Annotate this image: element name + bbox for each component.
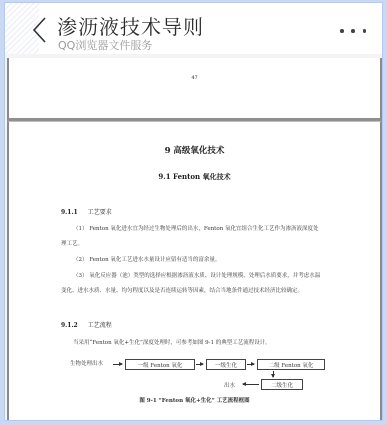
chevron-left-icon — [29, 16, 51, 44]
document-page-previous: 47 — [7, 58, 382, 121]
document-title: 渗沥液技术导则 — [57, 11, 204, 40]
figure-caption: 图 9-1 “Fenton 氧化+生化” 工艺流程框图 — [9, 396, 380, 404]
flow-box: 一级生化 — [206, 359, 246, 370]
flow-box: 二级 Fenton 氧化 — [257, 359, 325, 370]
more-options-button[interactable] — [340, 27, 366, 35]
top-bar: 渗沥液技术导则 QQ浏览器文件服务 — [5, 3, 382, 54]
app-window: 渗沥液技术导则 QQ浏览器文件服务 47 9 高级氧化技术 9.1 Fenton… — [4, 2, 383, 421]
document-viewer[interactable]: 47 9 高级氧化技术 9.1 Fenton 氧化技术 9.1.1工艺要求 （1… — [5, 54, 382, 421]
flow-box: 一级 Fenton 氧化 — [125, 359, 195, 370]
document-page-current: 9 高级氧化技术 9.1 Fenton 氧化技术 9.1.1工艺要求 （1） F… — [7, 121, 382, 421]
document-source: QQ浏览器文件服务 — [58, 37, 152, 53]
page-number: 47 — [9, 75, 380, 81]
flow-input-label: 生物处理出水 — [70, 359, 103, 367]
back-button[interactable] — [29, 16, 51, 44]
more-dots-icon — [340, 29, 344, 33]
flow-box: 二级生化 — [261, 379, 303, 390]
process-flowchart: 生物处理出水 一级 Fenton 氧化 一级生化 二级 Fenton 氧化 二级… — [9, 122, 380, 421]
flow-arrow-icon — [113, 364, 122, 365]
more-dots-icon — [351, 29, 355, 33]
flow-output-label: 出水 — [224, 381, 235, 389]
flow-arrow-icon — [247, 364, 254, 365]
flow-arrow-icon — [243, 384, 259, 385]
flow-arrow-icon — [273, 371, 274, 377]
flow-arrow-icon — [196, 364, 203, 365]
more-dots-icon — [363, 29, 367, 33]
